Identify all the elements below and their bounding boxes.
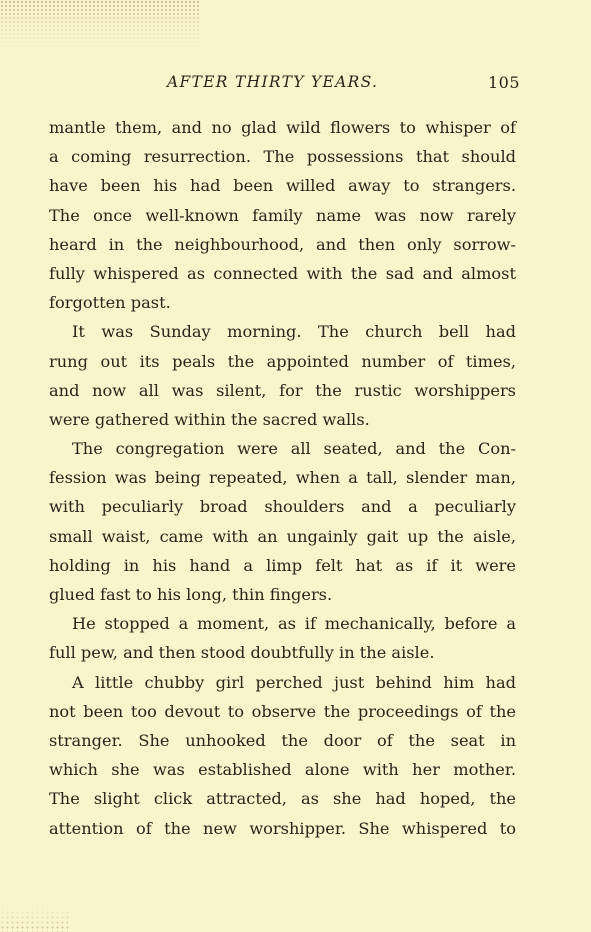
text-line: mantle them, and no glad wild flowers to… [49, 113, 516, 142]
text-line: and now all was silent, for the rustic w… [49, 376, 516, 405]
text-line: holding in his hand a limp felt hat as i… [49, 551, 516, 580]
text-line: He stopped a moment, as if mechanically,… [49, 609, 516, 638]
text-line: full pew, and then stood doubtfully in t… [49, 638, 516, 667]
text-line: It was Sunday morning. The church bell h… [49, 317, 516, 346]
text-line: with peculiarly broad shoulders and a pe… [49, 492, 516, 521]
text-line: rung out its peals the appointed number … [49, 347, 516, 376]
text-line: were gathered within the sacred walls. [49, 405, 516, 434]
page-edge-speckle-bottom [0, 905, 70, 932]
text-line: heard in the neighbourhood, and then onl… [49, 230, 516, 259]
paragraph: The congregation were all seated, and th… [49, 434, 516, 609]
text-line: fession was being repeated, when a tall,… [49, 463, 516, 492]
paragraph: He stopped a moment, as if mechanically,… [49, 609, 516, 667]
paragraph: mantle them, and no glad wild flowers to… [49, 113, 516, 317]
running-title: AFTER THIRTY YEARS. [167, 73, 378, 91]
text-line: attention of the new worshipper. She whi… [49, 814, 516, 843]
text-line: which she was established alone with her… [49, 755, 516, 784]
text-line: have been his had been willed away to st… [49, 171, 516, 200]
text-line: stranger. She unhooked the door of the s… [49, 726, 516, 755]
running-head: AFTER THIRTY YEARS. 105 [0, 70, 591, 98]
page-edge-speckle-top [0, 0, 200, 48]
text-line: fully whispered as connected with the sa… [49, 259, 516, 288]
page-number: 105 [488, 73, 520, 92]
text-line: The congregation were all seated, and th… [49, 434, 516, 463]
text-line: The once well-known family name was now … [49, 201, 516, 230]
text-line: forgotten past. [49, 288, 516, 317]
paragraph: It was Sunday morning. The church bell h… [49, 317, 516, 434]
text-line: A little chubby girl perched just behind… [49, 668, 516, 697]
text-line: a coming resurrection. The possessions t… [49, 142, 516, 171]
body-text: mantle them, and no glad wild flowers to… [49, 113, 516, 843]
text-line: glued fast to his long, thin fingers. [49, 580, 516, 609]
text-line: The slight click attracted, as she had h… [49, 784, 516, 813]
text-line: not been too devout to observe the proce… [49, 697, 516, 726]
text-line: small waist, came with an ungainly gait … [49, 522, 516, 551]
paragraph: A little chubby girl perched just behind… [49, 668, 516, 843]
